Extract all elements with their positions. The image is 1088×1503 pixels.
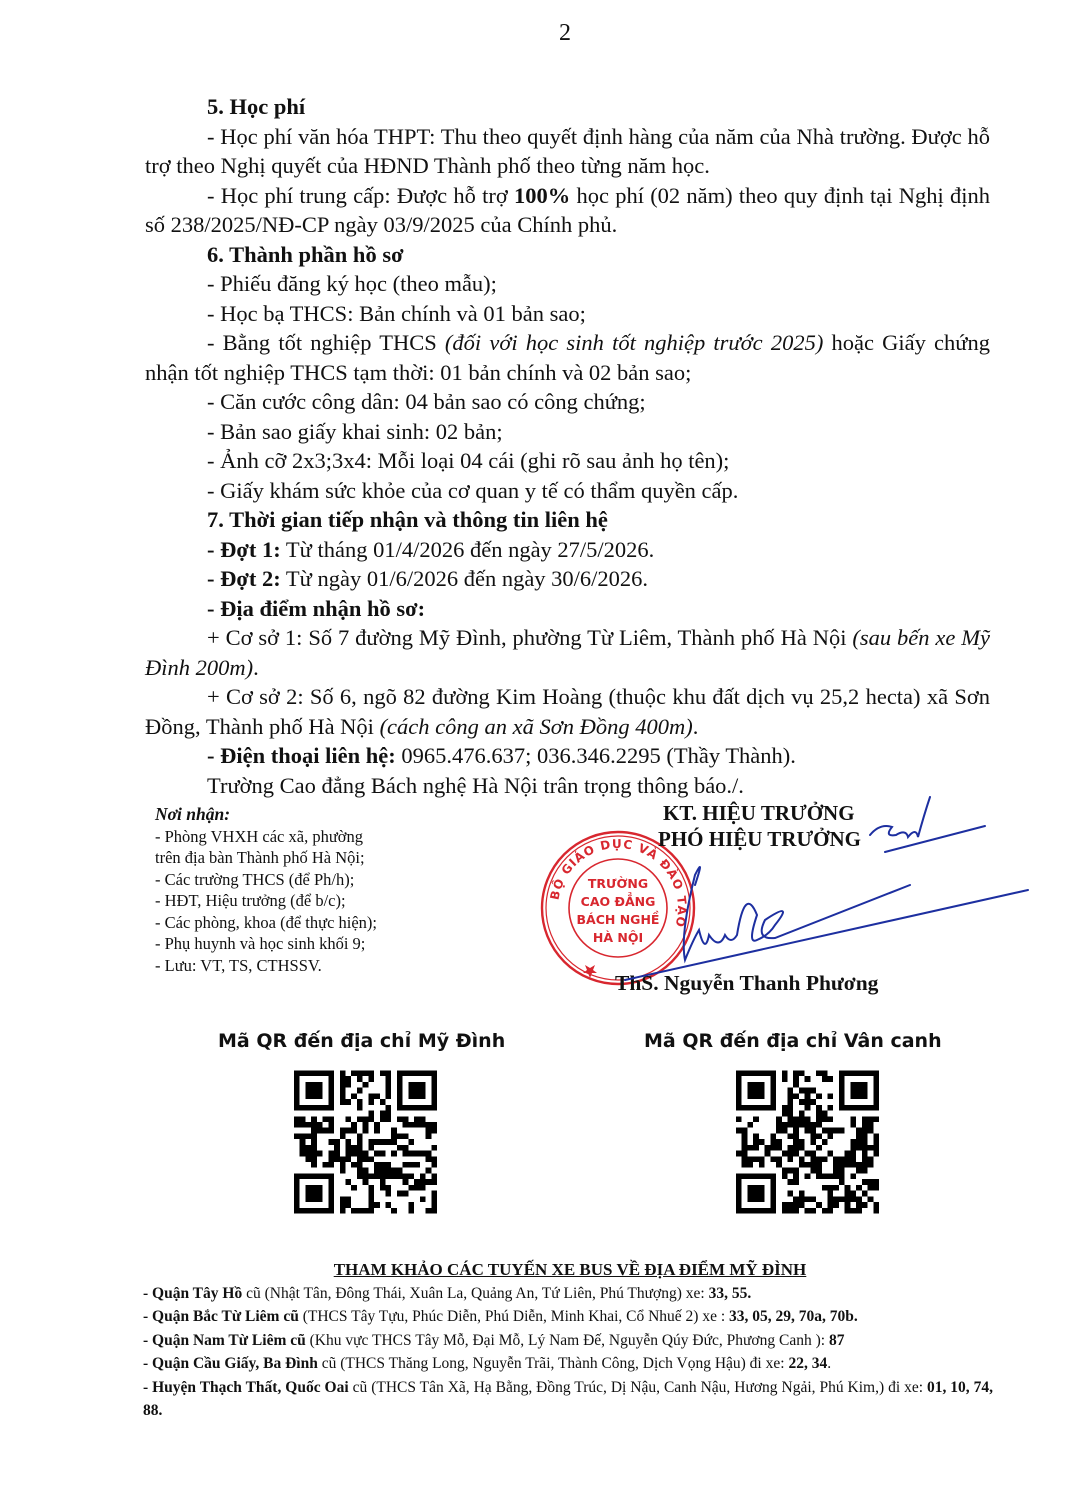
- qr-label-my-dinh: Mã QR đến địa chỉ Mỹ Đình: [218, 1030, 505, 1052]
- document-item: - Căn cước công dân: 04 bản sao có công …: [145, 387, 990, 417]
- bus-route-item: - Quận Bắc Từ Liêm cũ (THCS Tây Tựu, Phú…: [143, 1305, 993, 1329]
- page-number: 2: [0, 20, 1088, 47]
- recipient-item: - Phụ huynh và học sinh khối 9;: [155, 933, 485, 955]
- section-6-heading: 6. Thành phần hồ sơ: [145, 240, 990, 270]
- recipient-item: - Phòng VHXH các xã, phường: [155, 826, 485, 848]
- bus-routes-section: THAM KHẢO CÁC TUYẾN XE BUS VỀ ĐỊA ĐIỂM M…: [143, 1258, 993, 1423]
- document-item: - Ảnh cỡ 2x3;3x4: Mỗi loại 04 cái (ghi r…: [145, 446, 990, 476]
- recipients-block: Nơi nhận: - Phòng VHXH các xã, phường tr…: [155, 804, 485, 976]
- section-5-heading: 5. Học phí: [145, 92, 990, 122]
- bus-route-item: - Huyện Thạch Thất, Quốc Oai cũ (THCS Tâ…: [143, 1376, 993, 1423]
- campus-2: + Cơ sở 2: Số 6, ngõ 82 đường Kim Hoàng …: [145, 682, 990, 741]
- qr-label-van-canh: Mã QR đến địa chỉ Vân canh: [644, 1030, 942, 1052]
- location-label: - Địa điểm nhận hồ sơ:: [145, 594, 990, 624]
- tuition-vocational-item: - Học phí trung cấp: Được hỗ trợ 100% họ…: [145, 181, 990, 240]
- document-item: - Học bạ THCS: Bản chính và 01 bản sao;: [145, 299, 990, 329]
- recipients-title: Nơi nhận:: [155, 804, 485, 826]
- tuition-support-percent: 100%: [514, 183, 570, 208]
- round-1: - Đợt 1: Từ tháng 01/4/2026 đến ngày 27/…: [145, 535, 990, 565]
- bus-route-item: - Quận Tây Hồ cũ (Nhật Tân, Đông Thái, X…: [143, 1282, 993, 1306]
- document-item: - Bằng tốt nghiệp THCS (đối với học sinh…: [145, 328, 990, 387]
- document-item: - Giấy khám sức khỏe của cơ quan y tế có…: [145, 476, 990, 506]
- recipient-item: - Lưu: VT, TS, CTHSSV.: [155, 955, 485, 977]
- document-item: - Phiếu đăng ký học (theo mẫu);: [145, 269, 990, 299]
- recipient-item: - Các phòng, khoa (để thực hiện);: [155, 912, 485, 934]
- document-body: 5. Học phí - Học phí văn hóa THPT: Thu t…: [145, 92, 990, 800]
- campus-1: + Cơ sở 1: Số 7 đường Mỹ Đình, phường Từ…: [145, 623, 990, 682]
- round-2: - Đợt 2: Từ ngày 01/6/2026 đến ngày 30/6…: [145, 564, 990, 594]
- handwritten-signature-icon: [540, 790, 1030, 1020]
- contact-phone: - Điện thoại liên hệ: 0965.476.637; 036.…: [145, 741, 990, 771]
- section-7-heading: 7. Thời gian tiếp nhận và thông tin liên…: [145, 505, 990, 535]
- bus-route-item: - Quận Cầu Giấy, Ba Đình cũ (THCS Thăng …: [143, 1352, 993, 1376]
- document-item: - Bản sao giấy khai sinh: 02 bản;: [145, 417, 990, 447]
- bus-routes-title: THAM KHẢO CÁC TUYẾN XE BUS VỀ ĐỊA ĐIỂM M…: [147, 1258, 993, 1282]
- recipient-item: - Các trường THCS (để Ph/h);: [155, 869, 485, 891]
- qr-code-van-canh-icon[interactable]: [736, 1069, 879, 1215]
- tuition-culture-item: - Học phí văn hóa THPT: Thu theo quyết đ…: [145, 122, 990, 181]
- bus-route-item: - Quận Nam Từ Liêm cũ (Khu vực THCS Tây …: [143, 1329, 993, 1353]
- qr-code-my-dinh-icon[interactable]: [294, 1069, 437, 1215]
- recipient-item: - HĐT, Hiệu trưởng (để b/c);: [155, 890, 485, 912]
- recipient-item: trên địa bàn Thành phố Hà Nội;: [155, 847, 485, 869]
